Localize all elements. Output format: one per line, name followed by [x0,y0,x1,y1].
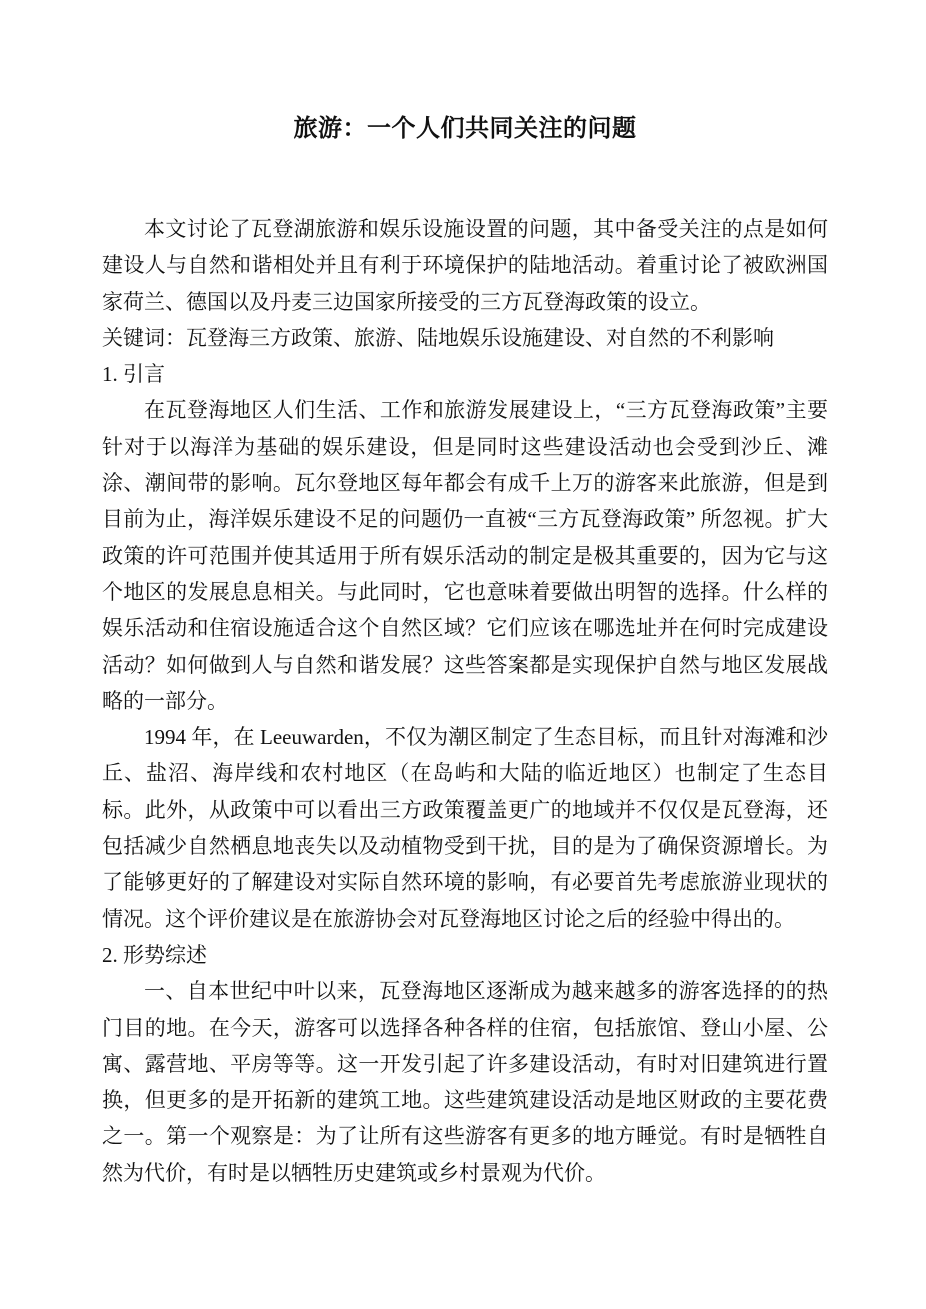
document-page: 旅游：一个人们共同关注的问题 本文讨论了瓦登湖旅游和娱乐设施设置的问题，其中备受… [0,0,926,1309]
section-heading-introduction: 1. 引言 [102,356,828,392]
abstract-paragraph: 本文讨论了瓦登湖旅游和娱乐设施设置的问题，其中备受关注的点是如何建设人与自然和谐… [102,211,828,320]
keywords-line: 关键词：瓦登海三方政策、旅游、陆地娱乐设施建设、对自然的不利影响 [102,320,828,356]
introduction-paragraph-1: 在瓦登海地区人们生活、工作和旅游发展建设上，“三方瓦登海政策”主要针对于以海洋为… [102,392,828,719]
introduction-paragraph-2: 1994 年，在 Leeuwarden，不仅为潮区制定了生态目标，而且针对海滩和… [102,719,828,937]
document-title: 旅游：一个人们共同关注的问题 [102,110,828,148]
situation-paragraph-1: 一、自本世纪中叶以来，瓦登海地区逐渐成为越来越多的游客选择的的热门目的地。在今天… [102,973,828,1191]
section-heading-situation: 2. 形势综述 [102,937,828,973]
